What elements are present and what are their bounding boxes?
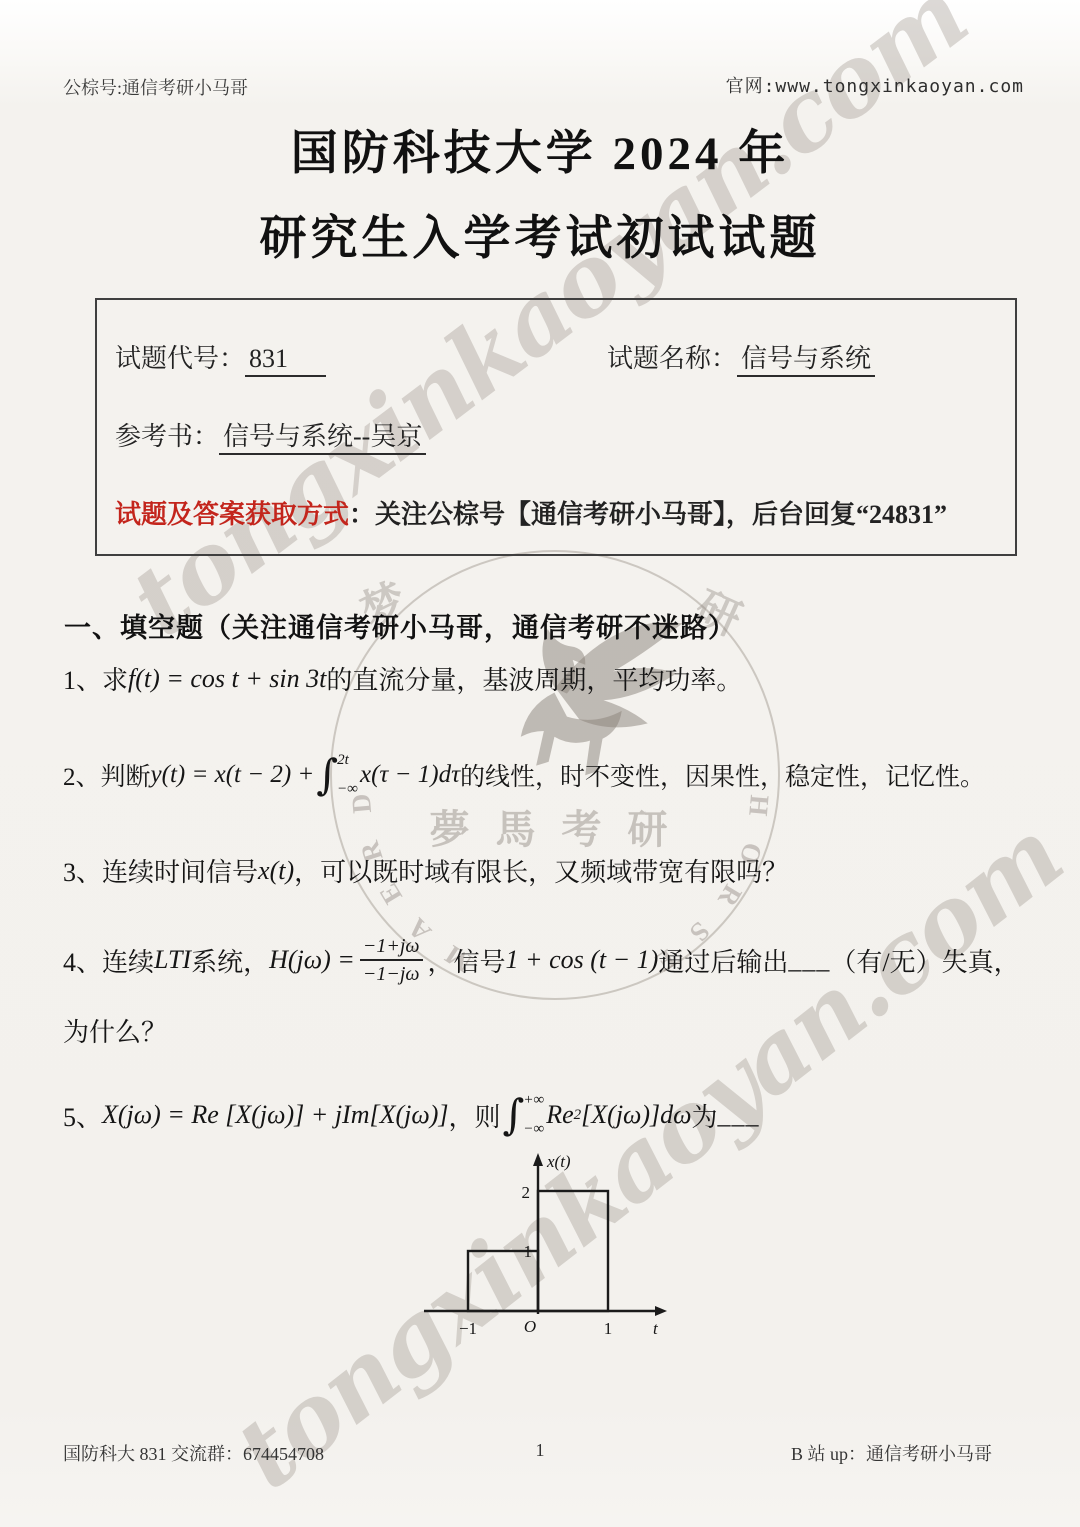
exam-name-value: 信号与系统	[737, 344, 875, 377]
fraction: −1+jω−1−jω	[360, 934, 423, 986]
x-tick-minus1: −1	[459, 1319, 477, 1338]
math-expression: x(t)	[258, 856, 294, 886]
exam-page: tongxinkaoyan.com tongxinkaoyan.com 夢馬考研…	[0, 0, 1080, 1527]
question-text: 为什么？	[63, 1012, 167, 1049]
reference-book-label: 参考书：	[115, 422, 219, 451]
math-expression: x(τ − 1)dτ	[360, 761, 460, 789]
question-text: （有/无）失真，	[830, 942, 1019, 979]
question-text: 连续时间信号	[102, 852, 258, 889]
footer-group-info: 国防科大 831 交流群：674454708	[63, 1440, 324, 1466]
seal-center-text: 夢馬考研	[330, 798, 780, 855]
reference-book-row: 参考书：信号与系统--吴京	[115, 416, 426, 453]
fraction-numerator: −1+jω	[360, 934, 423, 961]
answer-notice-text: ：关注公棕号【通信考研小马哥】，后台回复“24831”	[349, 500, 947, 529]
page-number: 1	[536, 1440, 545, 1461]
question-number: 5、	[63, 1097, 102, 1134]
header-website: 官网:www.tongxinkaoyan.com	[726, 72, 1024, 98]
math-expression: 1 + cos (t − 1)	[506, 945, 659, 975]
math-expression: X(jω) = Re [X(jω)] + jIm[X(jω)]	[102, 1100, 448, 1130]
question-text: 连续	[102, 942, 154, 979]
fill-blank: ___	[788, 945, 830, 975]
math-expression: LTI	[154, 945, 191, 975]
y-axis-arrow-icon	[533, 1153, 543, 1166]
math-expression: Re	[546, 1100, 573, 1130]
integral-upper-limit: 2t	[337, 752, 358, 769]
footer-bilibili-info: B 站 up：通信考研小马哥	[791, 1440, 992, 1466]
math-expression: [X(jω)]dω	[581, 1100, 691, 1130]
integral-lower-limit: −∞	[337, 781, 358, 798]
question-number: 2、	[63, 757, 101, 793]
question-2: 2、判断y(t) = x(t − 2) + ∫2t−∞x(τ − 1)dτ的线性…	[63, 752, 985, 798]
question-text: 求	[102, 660, 128, 697]
fill-blank: ___	[718, 1100, 760, 1130]
integral-upper-limit: +∞	[523, 1092, 544, 1109]
header-account: 公棕号:通信考研小马哥	[63, 74, 248, 100]
question-text: 判断	[101, 757, 151, 793]
integral-symbol: ∫2t−∞	[316, 752, 358, 798]
math-expression: H(jω) =	[269, 945, 355, 975]
question-text: 为	[692, 1097, 718, 1134]
exam-code-row: 试题代号：831	[115, 338, 326, 375]
question-1: 1、求f(t) = cos t + sin 3t的直流分量，基波周期，平均功率。	[63, 660, 742, 697]
section-heading: 一、填空题（关注通信考研小马哥，通信考研不迷路）	[64, 606, 736, 645]
page-title-line2: 研究生入学考试初试试题	[0, 201, 1080, 268]
question-4-line2: 为什么？	[63, 1012, 167, 1049]
integral-sign: ∫	[316, 757, 338, 793]
x-tick-1: 1	[604, 1319, 613, 1338]
question-text: ，可以既时域有限长，又频域带宽有限吗？	[294, 852, 788, 889]
x-axis-arrow-icon	[655, 1306, 667, 1316]
figure-xlabel: t	[653, 1319, 659, 1338]
integral-sign: ∫	[503, 1097, 525, 1133]
question-text: ，则	[449, 1097, 501, 1134]
question-5: 5、X(jω) = Re [X(jω)] + jIm[X(jω)]，则∫+∞−∞…	[63, 1092, 760, 1138]
answer-notice-row: 试题及答案获取方式：关注公棕号【通信考研小马哥】，后台回复“24831”	[115, 494, 947, 531]
math-expression: f(t) = cos t + sin 3t	[128, 664, 326, 694]
question-3: 3、连续时间信号x(t)，可以既时域有限长，又频域带宽有限吗？	[63, 852, 788, 889]
step-rect	[538, 1191, 608, 1311]
question-text: ，	[428, 942, 454, 979]
question-text: 信号	[454, 942, 506, 979]
answer-notice-label: 试题及答案获取方式	[115, 500, 349, 529]
exam-name-label: 试题名称：	[607, 344, 737, 373]
exam-info-box: 试题代号：831 试题名称：信号与系统 参考书：信号与系统--吴京 试题及答案获…	[95, 298, 1017, 556]
exam-code-value: 831	[245, 344, 326, 377]
figure-ylabel: x(t)	[546, 1152, 571, 1171]
step-function-figure: x(t) 2 1 −1 O 1 t	[410, 1148, 690, 1353]
exam-name-row: 试题名称：信号与系统	[607, 338, 875, 375]
origin-label: O	[524, 1317, 536, 1336]
y-tick-1: 1	[524, 1242, 533, 1261]
y-tick-2: 2	[522, 1183, 531, 1202]
page-title-line1: 国防科技大学 2024 年	[0, 116, 1080, 183]
math-superscript: 2	[574, 1107, 582, 1124]
fraction-denominator: −1−jω	[363, 961, 420, 986]
question-text: 通过后输出	[658, 942, 788, 979]
question-number: 4、	[63, 942, 102, 979]
question-number: 1、	[63, 660, 102, 697]
integral-lower-limit: −∞	[523, 1121, 544, 1138]
question-text: 的直流分量，基波周期，平均功率。	[326, 660, 742, 697]
integral-symbol: ∫+∞−∞	[503, 1092, 545, 1138]
question-text: 的线性，时不变性，因果性，稳定性，记忆性。	[460, 757, 985, 793]
question-number: 3、	[63, 852, 102, 889]
question-text: 系统，	[191, 942, 269, 979]
math-expression: y(t) = x(t − 2) +	[151, 761, 315, 789]
reference-book-value: 信号与系统--吴京	[219, 422, 426, 455]
exam-code-label: 试题代号：	[115, 344, 245, 373]
question-4: 4、连续LTI系统，H(jω) = −1+jω−1−jω，信号 1 + cos …	[63, 934, 1020, 986]
